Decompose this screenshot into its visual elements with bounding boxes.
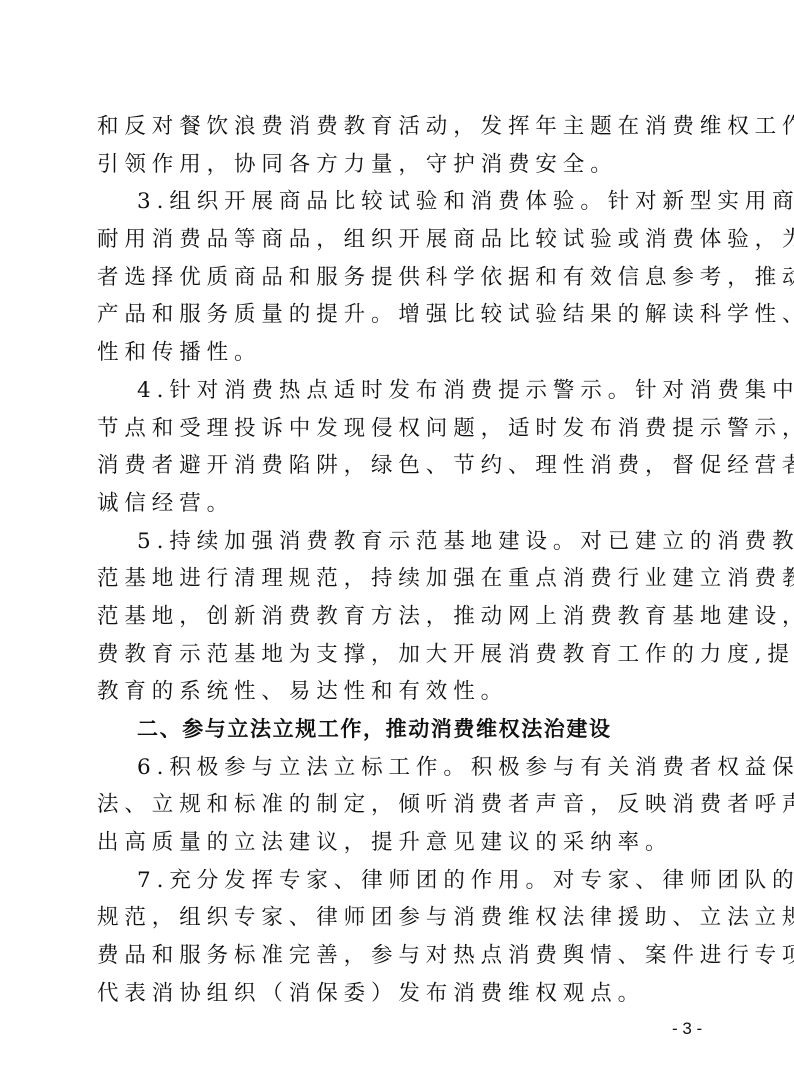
text-line: 和反对餐饮浪费消费教育活动，发挥年主题在消费维权工作中的 bbox=[97, 108, 703, 146]
text-line: 教育的系统性、易达性和有效性。 bbox=[97, 673, 703, 711]
paragraph-item-7: 7.充分发挥专家、律师团的作用。对专家、律师团队的清理 规范，组织专家、律师团参… bbox=[97, 862, 703, 1013]
text-line: 消费者避开消费陷阱，绿色、节约、理性消费，督促经营者守法 bbox=[97, 447, 703, 485]
section-heading: 二、参与立法立规工作，推动消费维权法治建设 bbox=[97, 711, 703, 749]
paragraph-item-4: 4.针对消费热点适时发布消费提示警示。针对消费集中时间 节点和受理投诉中发现侵权… bbox=[97, 372, 703, 523]
text-line: 性和传播性。 bbox=[97, 334, 703, 372]
text-line: 7.充分发挥专家、律师团的作用。对专家、律师团队的清理 bbox=[97, 862, 703, 900]
paragraph-item-6: 6.积极参与立法立标工作。积极参与有关消费者权益保护立 法、立规和标准的制定，倾… bbox=[97, 749, 703, 862]
paragraph-item-3: 3.组织开展商品比较试验和消费体验。针对新型实用商品、 耐用消费品等商品，组织开… bbox=[97, 183, 703, 371]
text-line: 出高质量的立法建议，提升意见建议的采纳率。 bbox=[97, 824, 703, 862]
paragraph-item-5: 5.持续加强消费教育示范基地建设。对已建立的消费教育示 范基地进行清理规范，持续… bbox=[97, 523, 703, 711]
text-line: 范基地进行清理规范，持续加强在重点消费行业建立消费教育示 bbox=[97, 560, 703, 598]
text-line: 耐用消费品等商品，组织开展商品比较试验或消费体验，为消费 bbox=[97, 221, 703, 259]
text-line: 5.持续加强消费教育示范基地建设。对已建立的消费教育示 bbox=[97, 523, 703, 561]
text-line: 法、立规和标准的制定，倾听消费者声音，反映消费者呼声，提 bbox=[97, 786, 703, 824]
page-number: - 3 - bbox=[672, 1019, 702, 1039]
text-line: 3.组织开展商品比较试验和消费体验。针对新型实用商品、 bbox=[97, 183, 703, 221]
document-page: 和反对餐饮浪费消费教育活动，发挥年主题在消费维权工作中的 引领作用，协同各方力量… bbox=[97, 108, 703, 1013]
text-line: 费教育示范基地为支撑，加大开展消费教育工作的力度,提高消费 bbox=[97, 636, 703, 674]
text-line: 6.积极参与立法立标工作。积极参与有关消费者权益保护立 bbox=[97, 749, 703, 787]
paragraph-continuation: 和反对餐饮浪费消费教育活动，发挥年主题在消费维权工作中的 引领作用，协同各方力量… bbox=[97, 108, 703, 183]
text-line: 4.针对消费热点适时发布消费提示警示。针对消费集中时间 bbox=[97, 372, 703, 410]
text-line: 节点和受理投诉中发现侵权问题，适时发布消费提示警示，引导 bbox=[97, 410, 703, 448]
text-line: 规范，组织专家、律师团参与消费维权法律援助、立法立规、消 bbox=[97, 899, 703, 937]
text-line: 者选择优质商品和服务提供科学依据和有效信息参考，推动相关 bbox=[97, 259, 703, 297]
text-line: 范基地，创新消费教育方法，推动网上消费教育基地建设，以消 bbox=[97, 598, 703, 636]
text-line: 产品和服务质量的提升。增强比较试验结果的解读科学性、通俗 bbox=[97, 296, 703, 334]
text-line: 费品和服务标准完善，参与对热点消费舆情、案件进行专项研究， bbox=[97, 937, 703, 975]
text-line: 代表消协组织（消保委）发布消费维权观点。 bbox=[97, 975, 703, 1013]
text-line: 诚信经营。 bbox=[97, 485, 703, 523]
text-line: 引领作用，协同各方力量，守护消费安全。 bbox=[97, 146, 703, 184]
